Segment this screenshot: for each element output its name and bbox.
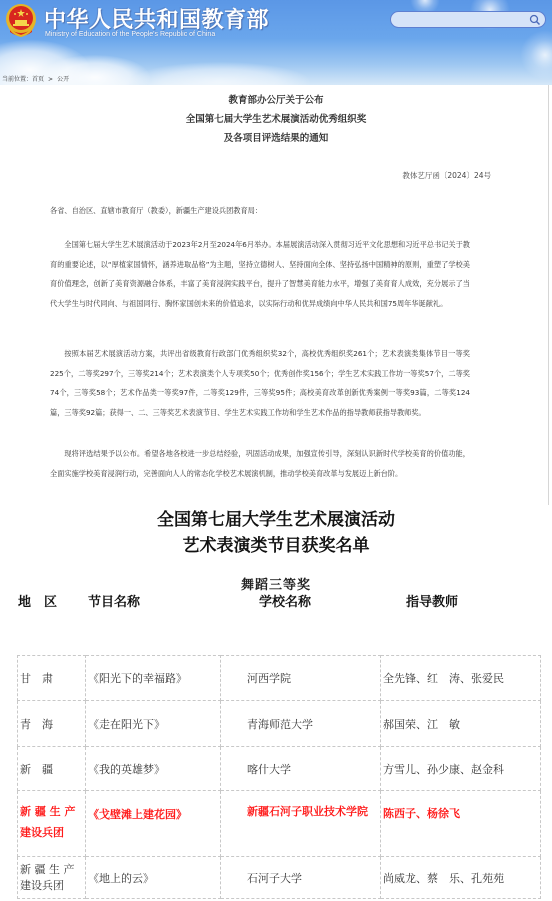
cell-program: 《阳光下的幸福路》 [86, 656, 221, 701]
cell-teachers: 方雪儿、孙少康、赵金科 [381, 747, 541, 791]
cloud-decoration [130, 62, 310, 85]
cell-region: 青 海 [18, 701, 86, 747]
award-table: 甘 肃 《阳光下的幸福路》 河西学院 全先锋、红 涛、张爱民 青 海 《走在阳光… [17, 655, 541, 899]
site-title[interactable]: 中华人民共和国教育部 [44, 3, 269, 34]
article-paragraph: 全国第七届大学生艺术展演活动于2023年2月至2024年6月举办。本届展演活动深… [50, 235, 470, 313]
award-list-title: 全国第七届大学生艺术展演活动 艺术表演类节目获奖名单 [0, 507, 552, 559]
cell-program: 《地上的云》 [86, 857, 221, 899]
table-row: 新 疆 《我的英雄梦》 喀什大学 方雪儿、孙少康、赵金科 [18, 747, 541, 791]
cell-school: 青海师范大学 [221, 701, 381, 747]
cell-region: 新 疆 生 产 建设兵团 [18, 857, 86, 899]
award-list-title-line: 艺术表演类节目获奖名单 [0, 533, 552, 559]
cell-region: 新 疆 [18, 747, 86, 791]
article-container: 教育部办公厅关于公布 全国第七届大学生艺术展演活动优秀组织奖 及各项目评选结果的… [0, 85, 549, 505]
search-input[interactable] [390, 11, 546, 28]
table-row: 甘 肃 《阳光下的幸福路》 河西学院 全先锋、红 涛、张爱民 [18, 656, 541, 701]
dandelion-decoration [520, 30, 552, 80]
cell-program: 《走在阳光下》 [86, 701, 221, 747]
breadcrumb: 当前位置：首页>公开 [2, 74, 73, 83]
award-table-header: 地 区 节目名称 学校名称 指导教师 [0, 591, 552, 611]
salutation: 各省、自治区、直辖市教育厅（教委），新疆生产建设兵团教育局： [50, 201, 470, 221]
cell-teachers: 陈西子、杨徐飞 [381, 791, 541, 857]
document-number: 教体艺厅函〔2024〕24号 [402, 170, 491, 181]
cell-school: 喀什大学 [221, 747, 381, 791]
cell-teachers: 尚威龙、蔡 乐、孔苑苑 [381, 857, 541, 899]
table-row-highlighted: 新 疆 生 产 建设兵团 《戈壁滩上建花园》 新疆石河子职业技术学院 陈西子、杨… [18, 791, 541, 857]
column-header-region: 地 区 [18, 591, 57, 610]
article-title-line: 教育部办公厅关于公布 [0, 91, 552, 110]
cell-region: 甘 肃 [18, 656, 86, 701]
cell-school: 石河子大学 [221, 857, 381, 899]
cell-teachers: 全先锋、红 涛、张爱民 [381, 656, 541, 701]
article-paragraph: 现将评选结果予以公布。希望各地各校进一步总结经验，巩固活动成果，加强宣传引导，深… [50, 444, 470, 483]
breadcrumb-item-public[interactable]: 公开 [57, 76, 69, 83]
article-title: 教育部办公厅关于公布 全国第七届大学生艺术展演活动优秀组织奖 及各项目评选结果的… [0, 91, 552, 148]
column-header-program: 节目名称 [88, 591, 140, 610]
cell-school: 新疆石河子职业技术学院 [221, 791, 381, 857]
article-title-line: 全国第七届大学生艺术展演活动优秀组织奖 [0, 110, 552, 129]
cell-region: 新 疆 生 产 建设兵团 [18, 791, 86, 857]
award-list-title-line: 全国第七届大学生艺术展演活动 [0, 507, 552, 533]
cell-program: 《我的英雄梦》 [86, 747, 221, 791]
breadcrumb-separator: > [48, 76, 53, 83]
search-icon[interactable] [529, 14, 541, 26]
site-header: 中华人民共和国教育部 Ministry of Education of the … [0, 0, 552, 85]
cell-teachers: 郝国荣、江 敏 [381, 701, 541, 747]
cell-program: 《戈壁滩上建花园》 [86, 791, 221, 857]
breadcrumb-item-home[interactable]: 首页 [32, 76, 44, 83]
breadcrumb-label: 当前位置： [2, 76, 32, 83]
cell-school: 河西学院 [221, 656, 381, 701]
table-row: 青 海 《走在阳光下》 青海师范大学 郝国荣、江 敏 [18, 701, 541, 747]
table-row: 新 疆 生 产 建设兵团 《地上的云》 石河子大学 尚威龙、蔡 乐、孔苑苑 [18, 857, 541, 899]
column-header-school: 学校名称 [259, 591, 311, 610]
column-header-teachers: 指导教师 [406, 591, 458, 610]
site-subtitle: Ministry of Education of the People's Re… [45, 31, 215, 38]
article-paragraph: 按照本届艺术展演活动方案，共评出省级教育行政部门优秀组织奖32个，高校优秀组织奖… [50, 344, 470, 422]
national-emblem-icon [4, 3, 38, 41]
article-title-line: 及各项目评选结果的通知 [0, 129, 552, 148]
